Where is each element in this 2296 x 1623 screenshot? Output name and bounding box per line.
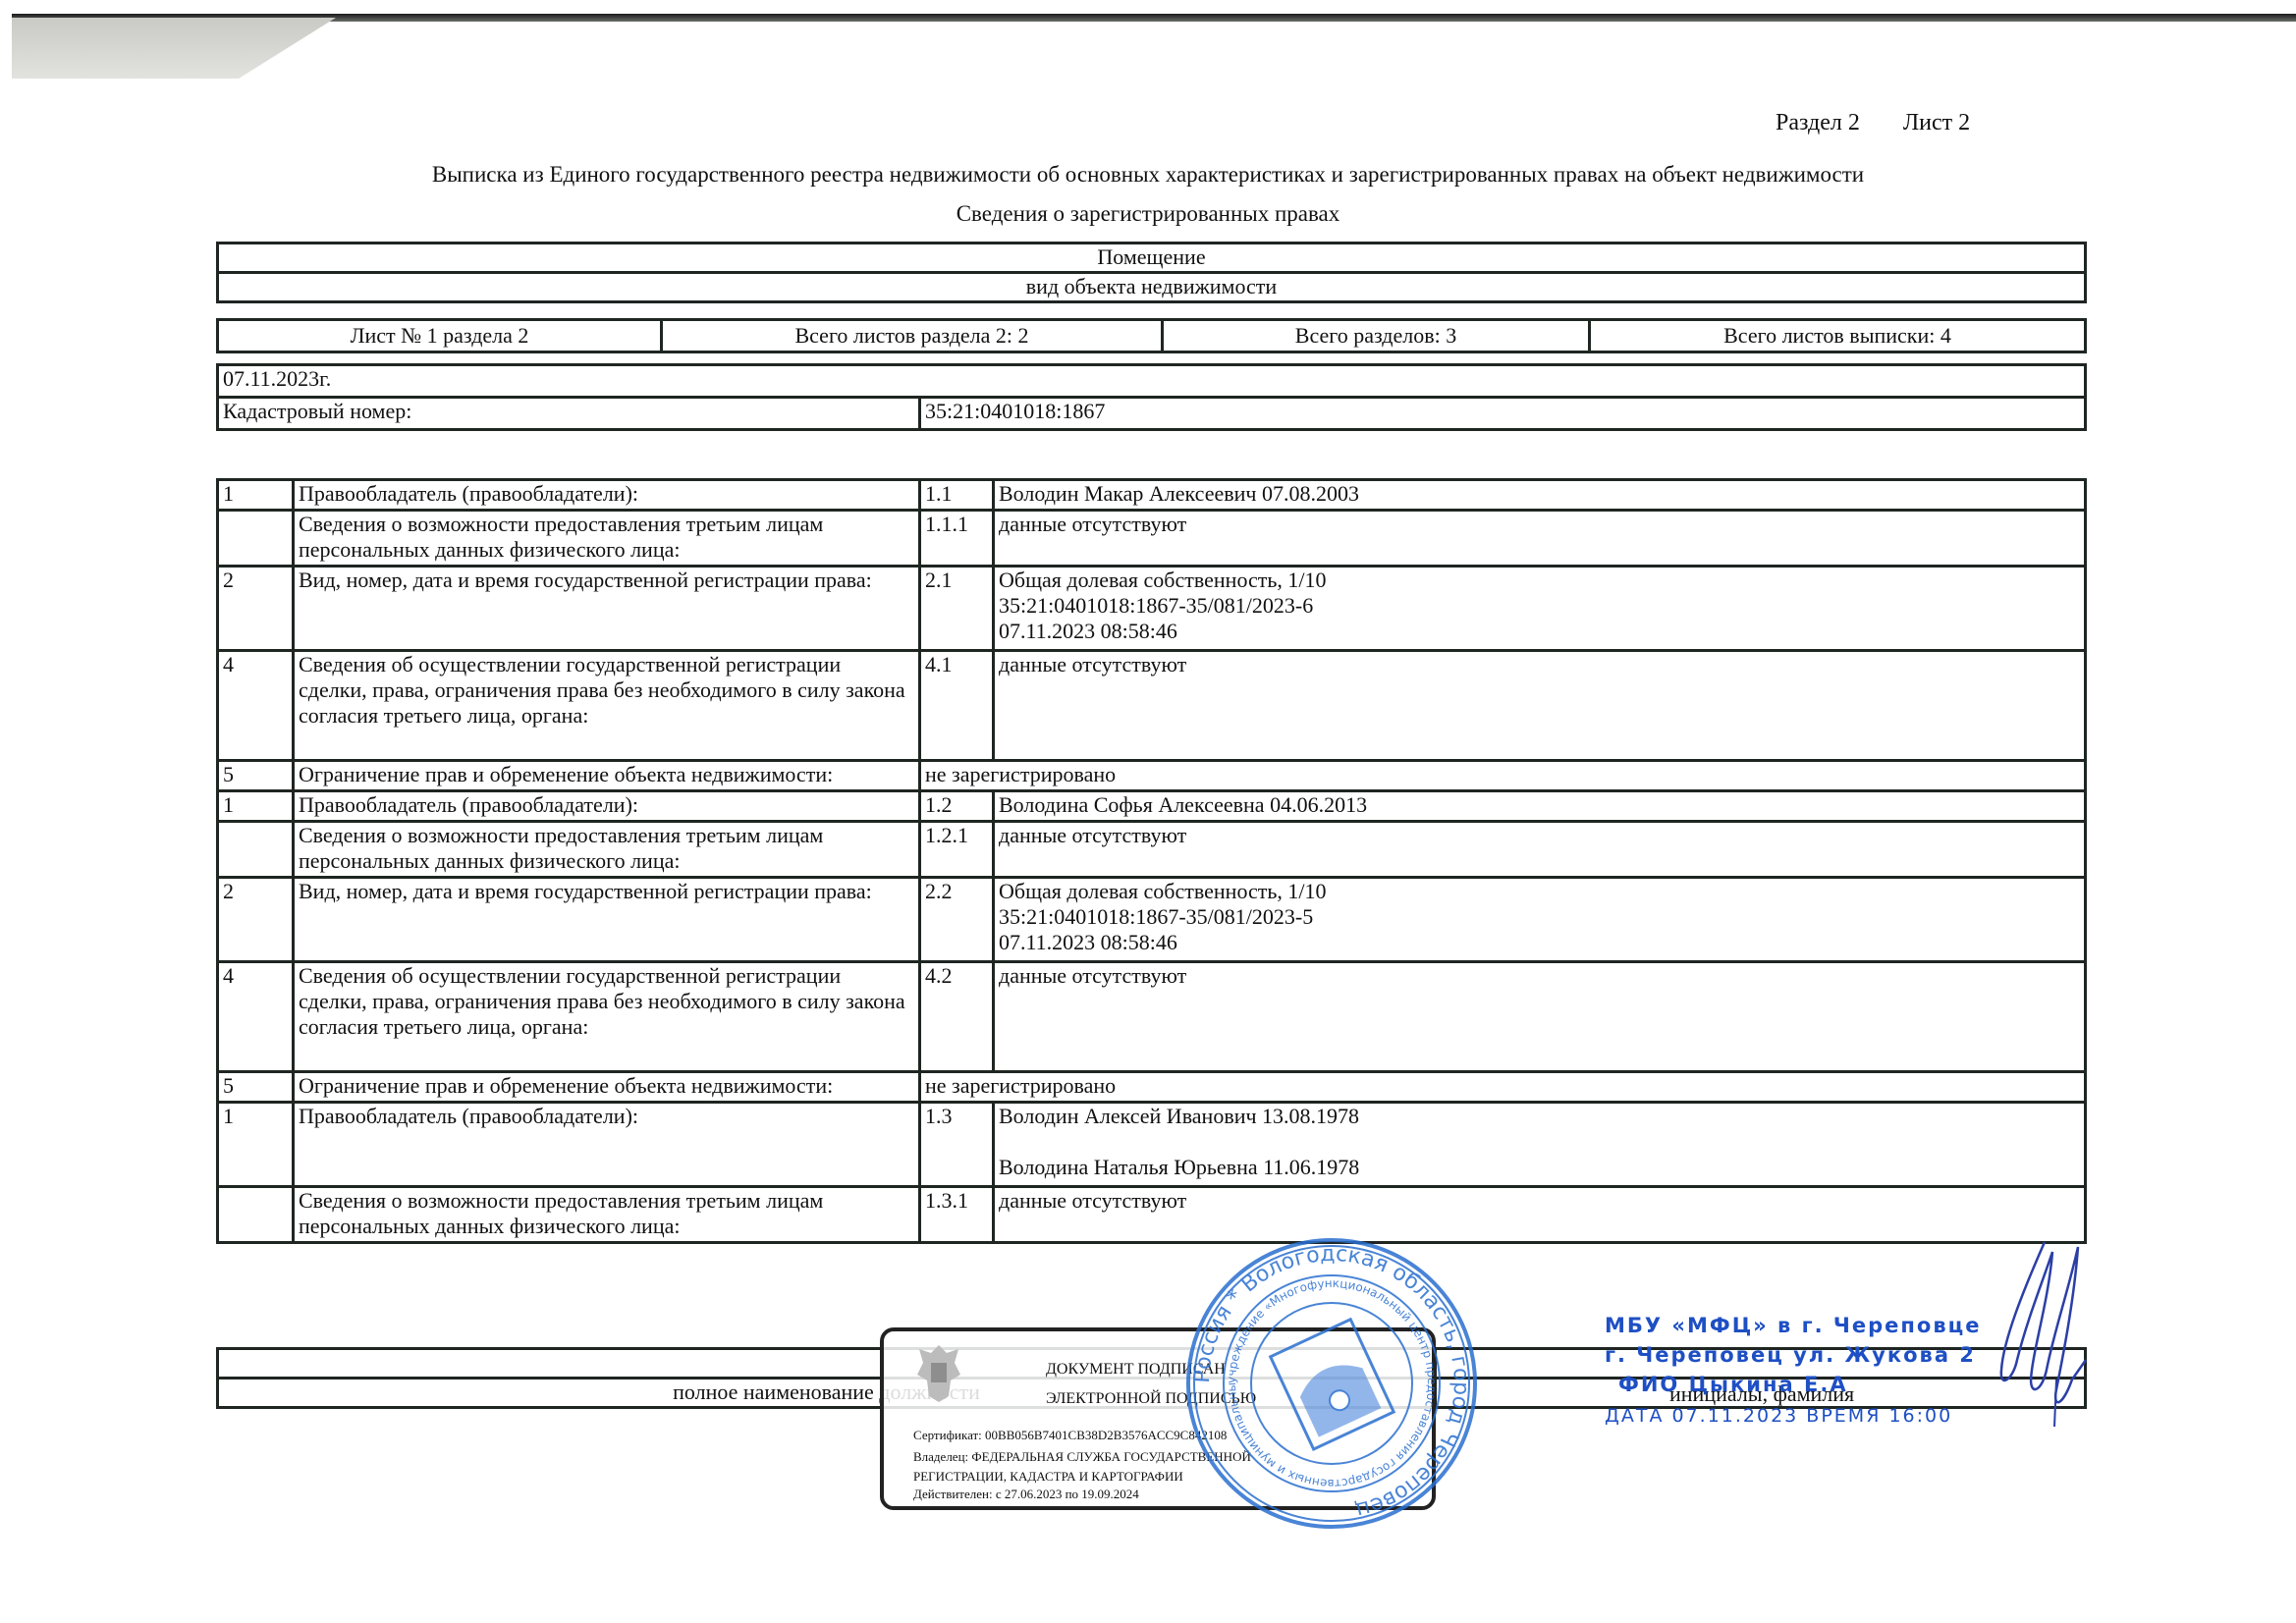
mfc-stamp-line2: г. Череповец ул. Жукова 2: [1605, 1340, 1981, 1370]
row-number: 4: [218, 651, 294, 761]
row-label: Правообладатель (правообладатели):: [294, 1103, 920, 1187]
esign-owner-2: РЕГИСТРАЦИИ, КАДАСТРА И КАРТОГРАФИИ: [913, 1469, 1183, 1485]
row-label: Вид, номер, дата и время государственной…: [294, 878, 920, 962]
row-number: 5: [218, 761, 294, 791]
row-value: Общая долевая собственность, 1/1035:21:0…: [994, 878, 2086, 962]
row-value-line: Общая долевая собственность, 1/10: [999, 568, 2080, 593]
total-extract-sheets: Всего листов выписки: 4: [1590, 320, 2086, 352]
row-code: 1.2.1: [920, 822, 994, 878]
mfc-stamp-line4: ДАТА 07.11.2023 ВРЕМЯ 16:00: [1605, 1401, 1981, 1431]
row-number: 1: [218, 1103, 294, 1187]
row-value: Володин Алексей Иванович 13.08.1978Волод…: [994, 1103, 2086, 1187]
row-label: Правообладатель (правообладатели):: [294, 791, 920, 822]
row-code: 1.2: [920, 791, 994, 822]
rights-row: Сведения о возможности предоставления тр…: [218, 1187, 2086, 1243]
document-title: Выписка из Единого государственного реес…: [0, 162, 2296, 188]
row-value: Володина Софья Алексеевна 04.06.2013: [994, 791, 2086, 822]
esign-certificate: Сертификат: 00BB056B7401CB38D2B3576ACC9C…: [913, 1428, 1227, 1443]
row-number: [218, 511, 294, 567]
row-label: Сведения об осуществлении государственно…: [294, 651, 920, 761]
row-value-line: 35:21:0401018:1867-35/081/2023-6: [999, 593, 2080, 619]
row-value-line: Общая долевая собственность, 1/10: [999, 879, 2080, 904]
rights-row: 4Сведения об осуществлении государственн…: [218, 651, 2086, 761]
row-number: 2: [218, 878, 294, 962]
row-label: Вид, номер, дата и время государственной…: [294, 567, 920, 651]
row-merged-value: не зарегистрировано: [920, 1072, 2086, 1103]
row-value: Общая долевая собственность, 1/1035:21:0…: [994, 567, 2086, 651]
row-value-line: 07.11.2023 08:58:46: [999, 619, 2080, 644]
round-seal-icon: Россия * Вологодская область, город Чере…: [1183, 1235, 1480, 1532]
row-label: Сведения об осуществлении государственно…: [294, 962, 920, 1072]
row-code: 2.1: [920, 567, 994, 651]
mfc-stamp: МБУ «МФЦ» в г. Череповце г. Череповец ул…: [1605, 1311, 1981, 1431]
row-label: Правообладатель (правообладатели):: [294, 480, 920, 511]
row-value: данные отсутствуют: [994, 511, 2086, 567]
mfc-stamp-line1: МБУ «МФЦ» в г. Череповце: [1605, 1311, 1981, 1340]
mfc-stamp-line3: ФИО Цыкина Е.А: [1618, 1370, 1981, 1399]
document-subtitle: Сведения о зарегистрированных правах: [0, 201, 2296, 227]
row-code: 1.1: [920, 480, 994, 511]
esign-validity: Действителен: с 27.06.2023 по 19.09.2024: [913, 1487, 1139, 1502]
rights-row: 4Сведения об осуществлении государственн…: [218, 962, 2086, 1072]
rights-row: 2Вид, номер, дата и время государственно…: [218, 567, 2086, 651]
sheets-info-table: Лист № 1 раздела 2 Всего листов раздела …: [216, 318, 2087, 353]
row-label: Ограничение прав и обременение объекта н…: [294, 761, 920, 791]
row-value-line: [999, 1129, 2080, 1155]
scan-edge: [12, 14, 2296, 22]
row-number: 5: [218, 1072, 294, 1103]
page-marker: Раздел 2 Лист 2: [1776, 110, 1970, 136]
row-value: Володин Макар Алексеевич 07.08.2003: [994, 480, 2086, 511]
object-type-value: Помещение: [218, 243, 2086, 273]
section-label: Раздел 2: [1776, 110, 1860, 136]
row-value-line: Володин Алексей Иванович 13.08.1978: [999, 1104, 2080, 1129]
rights-row: 1Правообладатель (правообладатели):1.3Во…: [218, 1103, 2086, 1187]
handwritten-signature-icon: [1984, 1232, 2092, 1429]
rights-row: Сведения о возможности предоставления тр…: [218, 511, 2086, 567]
state-emblem-icon: [913, 1341, 964, 1406]
row-label: Сведения о возможности предоставления тр…: [294, 511, 920, 567]
cadastral-number-value: 35:21:0401018:1867: [920, 398, 2086, 430]
row-label: Сведения о возможности предоставления тр…: [294, 1187, 920, 1243]
scan-fold-shadow: [12, 18, 336, 79]
rights-row: Сведения о возможности предоставления тр…: [218, 822, 2086, 878]
row-code: 4.2: [920, 962, 994, 1072]
row-number: 4: [218, 962, 294, 1072]
total-sections: Всего разделов: 3: [1163, 320, 1590, 352]
rights-table: 1Правообладатель (правообладатели):1.1Во…: [216, 478, 2087, 1244]
sheet-number: Лист № 1 раздела 2: [218, 320, 662, 352]
extract-date: 07.11.2023г.: [218, 365, 2086, 398]
rights-row: 5Ограничение прав и обременение объекта …: [218, 1072, 2086, 1103]
row-code: 2.2: [920, 878, 994, 962]
row-label: Ограничение прав и обременение объекта н…: [294, 1072, 920, 1103]
row-number: 1: [218, 791, 294, 822]
total-section-sheets: Всего листов раздела 2: 2: [662, 320, 1163, 352]
rights-row: 1Правообладатель (правообладатели):1.1Во…: [218, 480, 2086, 511]
row-code: 1.3: [920, 1103, 994, 1187]
row-value: данные отсутствуют: [994, 962, 2086, 1072]
sheet-label: Лист 2: [1903, 110, 1970, 136]
row-value-line: 07.11.2023 08:58:46: [999, 930, 2080, 955]
cadastre-table: 07.11.2023г. Кадастровый номер: 35:21:04…: [216, 363, 2087, 431]
row-merged-value: не зарегистрировано: [920, 761, 2086, 791]
row-code: 1.1.1: [920, 511, 994, 567]
row-number: [218, 1187, 294, 1243]
row-number: 1: [218, 480, 294, 511]
row-value: данные отсутствуют: [994, 1187, 2086, 1243]
row-value: данные отсутствуют: [994, 822, 2086, 878]
row-number: [218, 822, 294, 878]
row-label: Сведения о возможности предоставления тр…: [294, 822, 920, 878]
rights-row: 5Ограничение прав и обременение объекта …: [218, 761, 2086, 791]
row-code: 1.3.1: [920, 1187, 994, 1243]
object-type-caption: вид объекта недвижимости: [218, 273, 2086, 302]
row-value-line: 35:21:0401018:1867-35/081/2023-5: [999, 904, 2080, 930]
rights-row: 1Правообладатель (правообладатели):1.2Во…: [218, 791, 2086, 822]
rights-row: 2Вид, номер, дата и время государственно…: [218, 878, 2086, 962]
row-value: данные отсутствуют: [994, 651, 2086, 761]
row-code: 4.1: [920, 651, 994, 761]
row-number: 2: [218, 567, 294, 651]
row-value-line: Володина Наталья Юрьевна 11.06.1978: [999, 1155, 2080, 1180]
cadastral-number-label: Кадастровый номер:: [218, 398, 920, 430]
object-type-table: Помещение вид объекта недвижимости: [216, 242, 2087, 303]
